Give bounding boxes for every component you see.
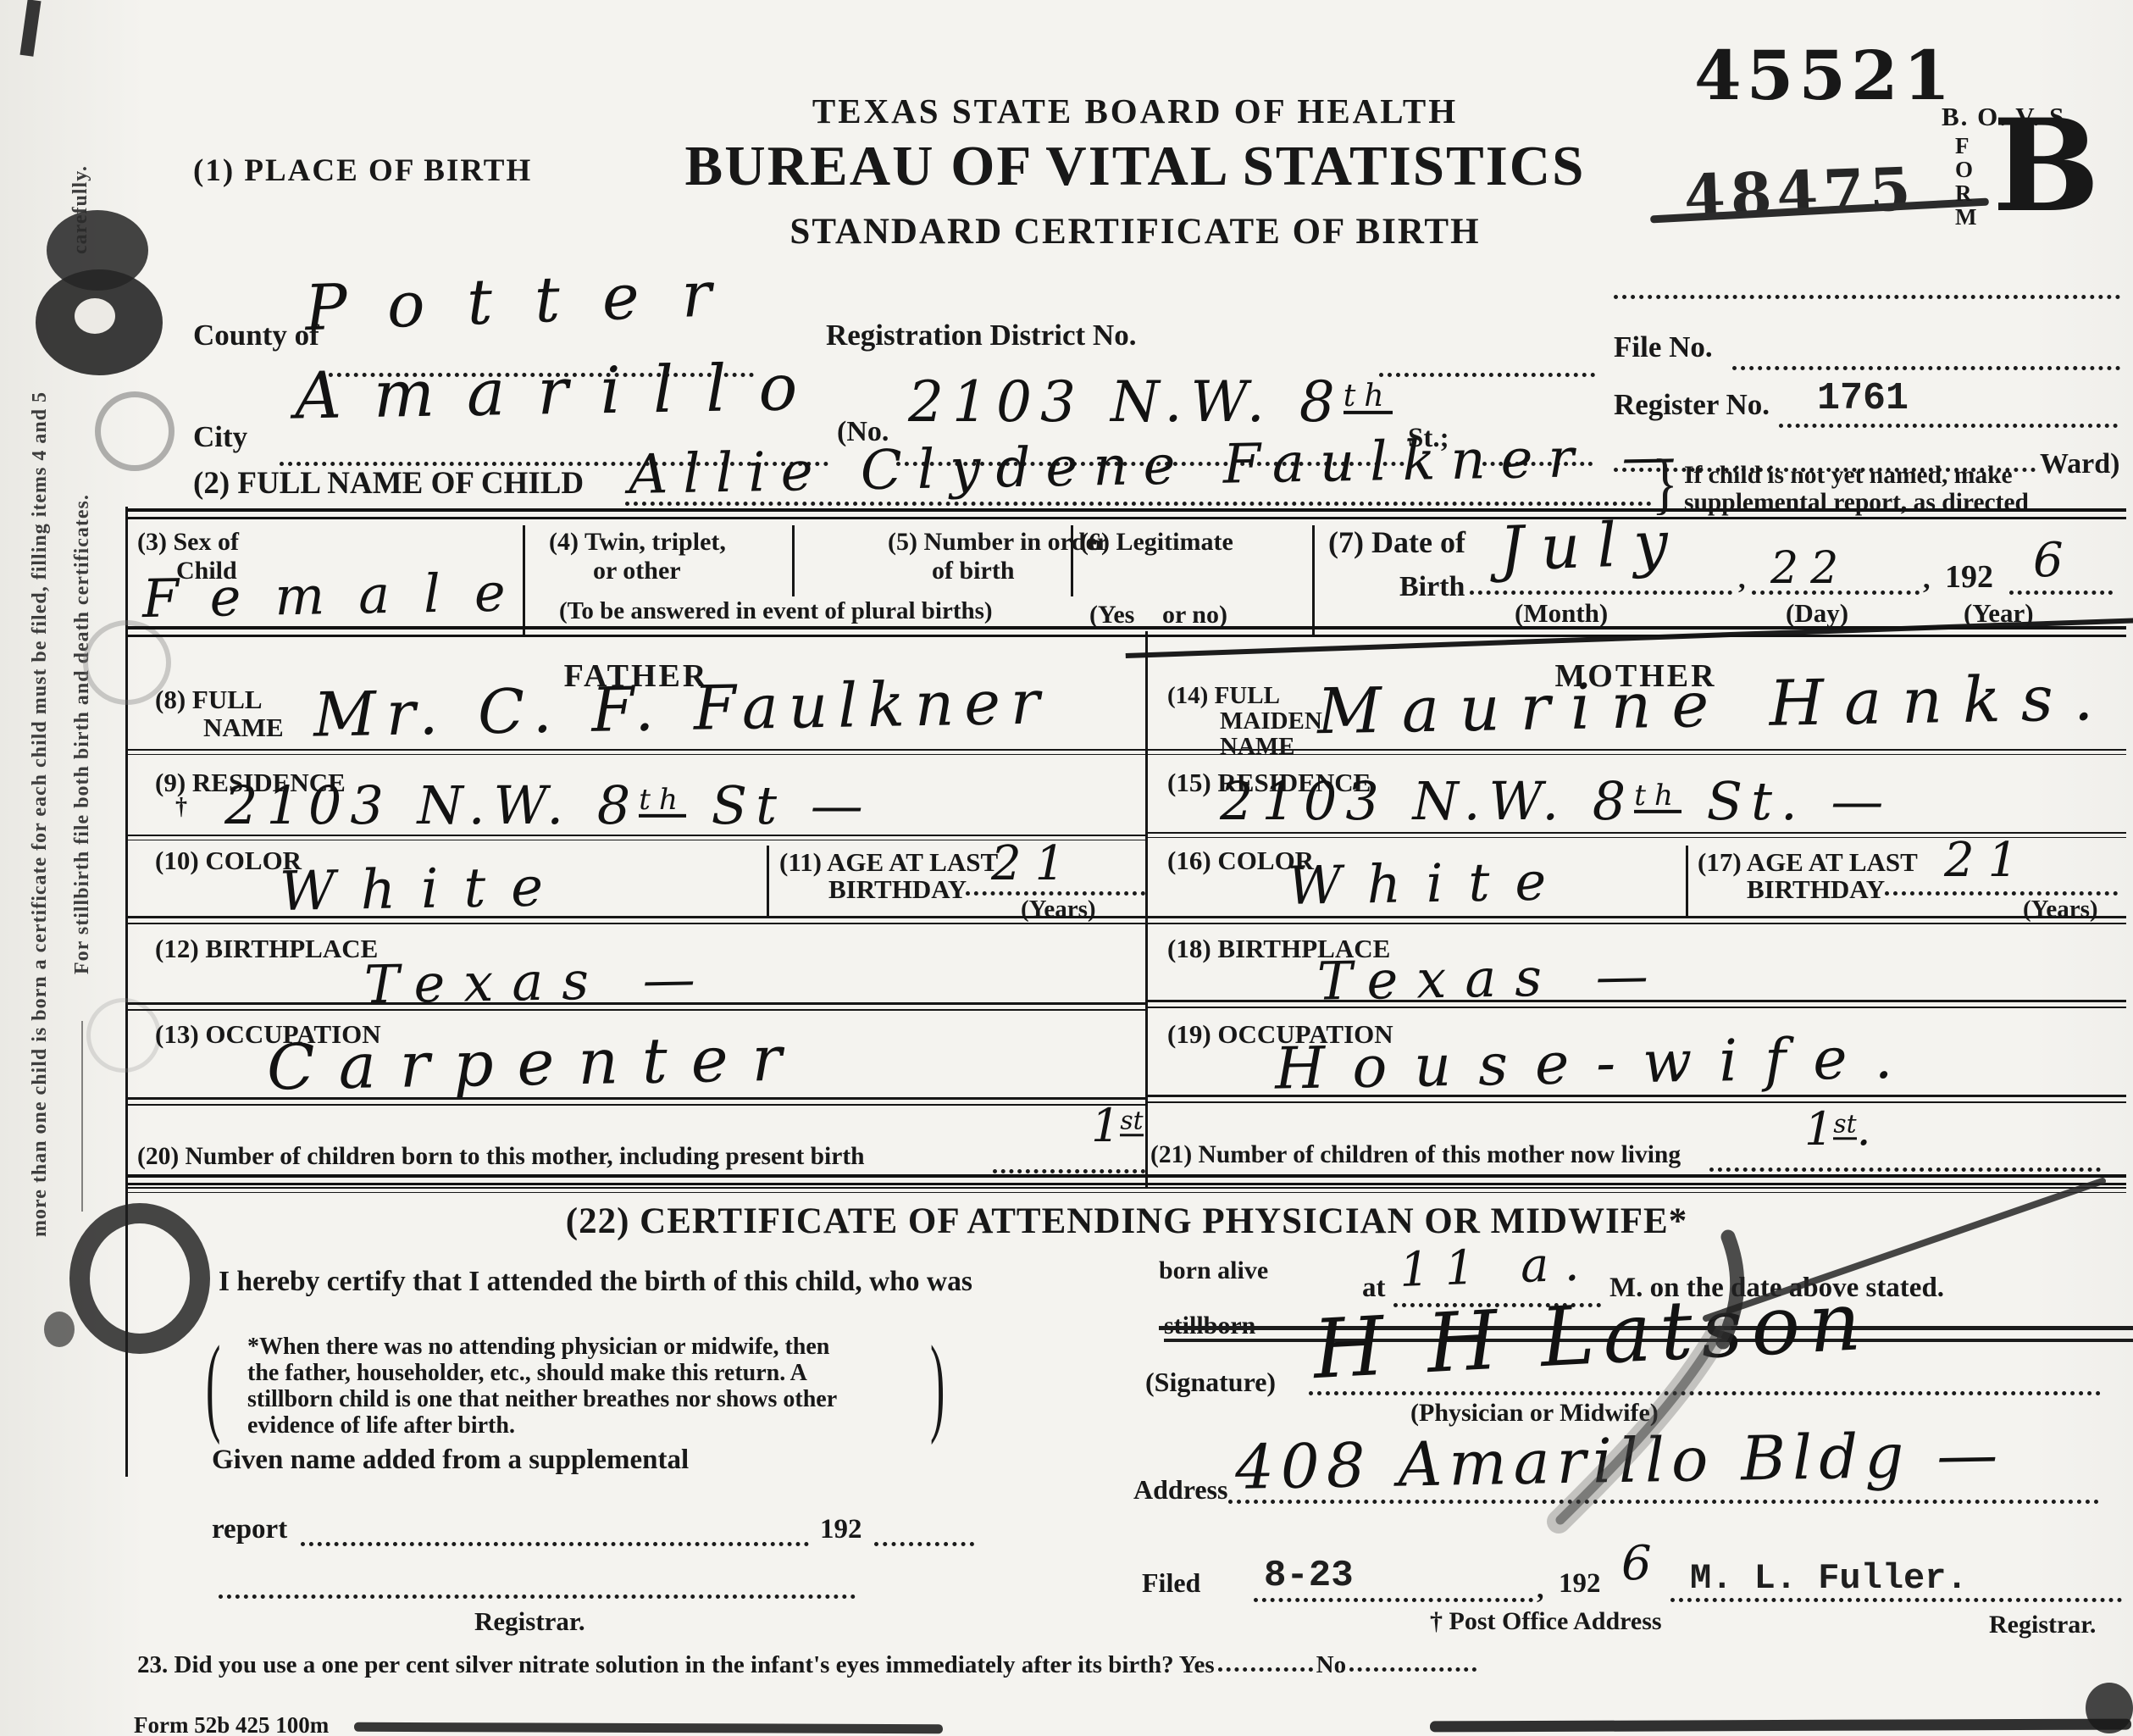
physician-note-line4: evidence of life after birth. (247, 1413, 515, 1438)
physician-note-line1: *When there was no attending physician o… (247, 1334, 829, 1359)
twin-label-line2: or other (593, 557, 681, 584)
registrar-left-caption: Registrar. (474, 1608, 585, 1635)
sex-label-line1: (3) Sex of (137, 529, 239, 555)
filed-date-value: 8-23 (1264, 1557, 1354, 1595)
physician-or-midwife-caption: (Physician or Midwife) (1410, 1400, 1659, 1426)
physician-certificate-title: (22) CERTIFICATE OF ATTENDING PHYSICIAN … (127, 1203, 2126, 1241)
date-comma-2: , (1923, 564, 1931, 594)
physician-note-line2: the father, householder, etc., should ma… (247, 1361, 807, 1385)
question-23-yes-line (1218, 1667, 1313, 1672)
mother-name-value: Maurine Hanks. (1316, 667, 2114, 743)
sub-divider (1686, 846, 1688, 918)
top-right-dotted-line (1614, 295, 2120, 299)
margin-instruction-line3: For stillbirth file both birth and death… (71, 494, 94, 974)
file-no-dotted-line (1732, 366, 2120, 370)
children-living-period: . (1857, 1102, 1871, 1156)
city-label: City (193, 422, 247, 452)
physician-signature-value: H H Latson (1311, 1280, 1871, 1390)
filed-dotted-line (1254, 1598, 1533, 1602)
bottom-smudge (1430, 1719, 2131, 1733)
title-bureau: BUREAU OF VITAL STATISTICS (491, 137, 1779, 197)
form-number-footer: Form 52b 425 100m (134, 1713, 329, 1736)
row-rule (1145, 1095, 2126, 1103)
mother-age-label-line1: (17) AGE AT LAST (1698, 849, 1918, 876)
register-no-label: Register No. (1614, 390, 1770, 420)
father-residence-number: 2103 N.W. 8 (224, 774, 639, 836)
bottom-smudge (354, 1722, 943, 1733)
not-named-note-line1: If child is not yet named, make (1684, 463, 2013, 489)
plural-births-note: (To be answered in event of plural birth… (559, 598, 993, 624)
address-dotted-line (1228, 1500, 2099, 1504)
birth-word-label: Birth (1399, 572, 1465, 602)
children-living-number: 1 (1804, 1102, 1833, 1156)
mother-age-label-line2: BIRTHDAY (1747, 876, 1885, 903)
father-age-value: 21 (991, 840, 1078, 888)
section-rule (127, 508, 2126, 519)
father-age-label-line1: (11) AGE AT LAST (779, 849, 998, 876)
full-name-of-child-label: (2) FULL NAME OF CHILD (193, 468, 584, 500)
birth-time-value: 11 a. (1399, 1240, 1595, 1295)
mother-residence-value: 2103 N.W. 8th St. — (1220, 775, 1892, 828)
sex-value: Female (141, 566, 540, 625)
ward-label: Ward) (2040, 449, 2119, 479)
legitimate-yes: (Yes (1089, 602, 1134, 628)
mother-residence-number: 2103 N.W. 8 (1220, 770, 1634, 832)
row-rule (1145, 1000, 2126, 1008)
year-prefix-printed: 192 (1945, 561, 1993, 595)
month-caption: (Month) (1515, 600, 1608, 627)
registrar-name-dotted-line (1670, 1598, 2122, 1602)
father-name-label-line1: (8) FULL (155, 686, 263, 713)
certify-statement: I hereby certify that I attended the bir… (219, 1267, 972, 1297)
day-caption: (Day) (1786, 600, 1848, 627)
mother-residence-street: St. — (1681, 770, 1892, 832)
section-rule (127, 1187, 2126, 1193)
note-right-paren: ) (930, 1330, 945, 1445)
father-occupation-value: Carpenter (266, 1027, 806, 1099)
street-number-text: 2103 N.W. 8 (908, 369, 1344, 435)
margin-vertical-rule-thin (81, 1021, 83, 1212)
mother-age-value: 21 (1944, 837, 2031, 885)
margin-instruction-line1: more than one child is born a certificat… (29, 391, 52, 1237)
place-of-birth-label: (1) PLACE OF BIRTH (193, 155, 532, 187)
address-value: 408 Amarillo Bldg — (1234, 1423, 2004, 1498)
certificate-stamp-number: 45521 (1694, 41, 1955, 111)
signature-label: (Signature) (1145, 1368, 1276, 1396)
file-no-label: File No. (1614, 332, 1713, 363)
form-letter-b: B (1992, 100, 2100, 232)
father-name-value: Mr. C. F. Faulkner (313, 671, 1050, 745)
day-dotted-line (1752, 591, 1920, 595)
question-23-row: 23. Did you use a one per cent silver ni… (137, 1652, 1476, 1678)
form-letter-r: R (1955, 181, 1972, 205)
father-residence-value: 2103 N.W. 8th St — (224, 779, 872, 832)
row-rule (1145, 916, 2126, 924)
form-letter-o: O (1955, 158, 1973, 181)
question-23-no-label: No (1316, 1652, 1346, 1678)
register-no-dotted-line (1779, 424, 2118, 428)
row-rule (127, 916, 1145, 924)
year-caption: (Year) (1964, 600, 2034, 627)
column-divider (1145, 631, 1148, 1189)
ink-blot-highlight (75, 298, 115, 334)
father-birthplace-label: (12) BIRTHPLACE (155, 935, 378, 962)
edge-mark (19, 0, 41, 57)
report-dotted-line (301, 1542, 809, 1546)
children-living-label: (21) Number of children of this mother n… (1150, 1142, 1681, 1168)
physician-note-line3: stillborn child is one that neither brea… (247, 1387, 837, 1412)
children-born-label: (20) Number of children born to this mot… (137, 1144, 865, 1170)
birth-day-value: 22 (1770, 546, 1850, 591)
county-value: Potter (304, 262, 755, 340)
registrar-name-value: M. L. Fuller. (1690, 1561, 1968, 1596)
ink-spot (44, 1312, 75, 1347)
given-name-supplemental-text: Given name added from a supplemental (212, 1445, 689, 1474)
signature-dotted-line (1309, 1391, 2101, 1395)
legitimate-label: (6) Legitimate (1080, 529, 1233, 555)
note-left-paren: ( (206, 1330, 220, 1445)
father-residence-ordinal: th (639, 785, 686, 818)
section-rule (127, 1174, 2126, 1185)
month-dotted-line (1470, 591, 1732, 595)
children-born-ordinal: st (1120, 1108, 1143, 1136)
county-label: County of (193, 320, 319, 351)
birth-month-value: July (1499, 512, 1686, 580)
title-standard-certificate: STANDARD CERTIFICATE OF BIRTH (491, 214, 1779, 252)
section-rule (127, 626, 2126, 637)
row-rule (127, 1002, 1145, 1011)
children-living-value: 1st. (1804, 1106, 1871, 1152)
sub-divider (767, 846, 769, 918)
box-divider (792, 525, 795, 596)
birth-certificate-document: more than one child is born a certificat… (0, 0, 2133, 1736)
mother-residence-ordinal: th (1634, 781, 1681, 813)
registrar-left-dotted-line (219, 1595, 856, 1599)
children-born-number: 1 (1091, 1099, 1120, 1152)
registrar-right-caption: Registrar. (1989, 1611, 2096, 1638)
children-born-dotted-line (993, 1169, 1145, 1173)
post-office-address-caption: † Post Office Address (1430, 1608, 1662, 1634)
order-label-line1: (5) Number in order (888, 529, 1108, 555)
filed-year-prefix: 192 (1559, 1569, 1601, 1598)
date-comma-1: , (1738, 564, 1746, 594)
street-value: 2103 N.W. 8th (908, 374, 1393, 430)
form-letter-m: M (1955, 205, 1976, 229)
mother-name-label-line2: MAIDEN (1220, 708, 1322, 734)
father-age-label-line2: BIRTHDAY (828, 876, 967, 903)
question-23-text: 23. Did you use a one per cent silver ni… (137, 1652, 1215, 1678)
address-label: Address (1133, 1476, 1227, 1504)
street-ordinal-suffix: th (1344, 380, 1393, 414)
filed-label: Filed (1142, 1569, 1200, 1597)
form-letter-f: F (1955, 134, 1970, 158)
born-alive-option: born alive (1159, 1257, 1268, 1284)
father-name-label-line2: NAME (203, 714, 284, 741)
filed-year-value: 6 (1621, 1540, 1652, 1588)
title-board-of-health: TEXAS STATE BOARD OF HEALTH (491, 93, 1779, 130)
mother-color-value: White (1287, 855, 1571, 912)
child-name-value: Allie Clydene Faulkner — (629, 430, 1692, 502)
mother-name-label-line3: NAME (1220, 734, 1295, 759)
mother-name-label-line1: (14) FULL (1167, 683, 1280, 708)
twin-label-line1: (4) Twin, triplet, (549, 529, 726, 555)
children-living-ordinal: st (1833, 1112, 1856, 1140)
register-no-value: 1761 (1817, 380, 1909, 418)
report-year-dotted-line (874, 1542, 974, 1546)
row-rule (1145, 749, 2126, 755)
question-23-no-line (1349, 1667, 1476, 1672)
registration-district-label: Registration District No. (826, 320, 1136, 351)
father-residence-street: St — (686, 774, 872, 836)
order-label-line2: of birth (932, 557, 1015, 584)
row-rule (127, 1097, 1145, 1106)
mother-occupation-value: House-wife. (1274, 1029, 1920, 1098)
report-label: report (212, 1515, 287, 1544)
dagger-mark: † (175, 795, 187, 819)
filed-comma: , (1537, 1574, 1544, 1604)
children-living-dotted-line (1709, 1168, 2101, 1172)
child-name-dotted-line (625, 502, 1652, 506)
year-dotted-line (2009, 591, 2113, 595)
hole-punch-ring (95, 391, 175, 471)
city-value: Amarillo (294, 354, 830, 428)
children-born-value: 1st (1091, 1103, 1144, 1149)
report-year-prefix: 192 (820, 1515, 862, 1544)
district-dotted-line (1379, 373, 1595, 377)
date-of-label: (7) Date of (1328, 527, 1465, 558)
row-rule (127, 749, 1145, 755)
corner-smudge (2086, 1683, 2133, 1733)
birth-year-value: 6 (2033, 537, 2064, 585)
father-color-value: White (279, 860, 568, 919)
